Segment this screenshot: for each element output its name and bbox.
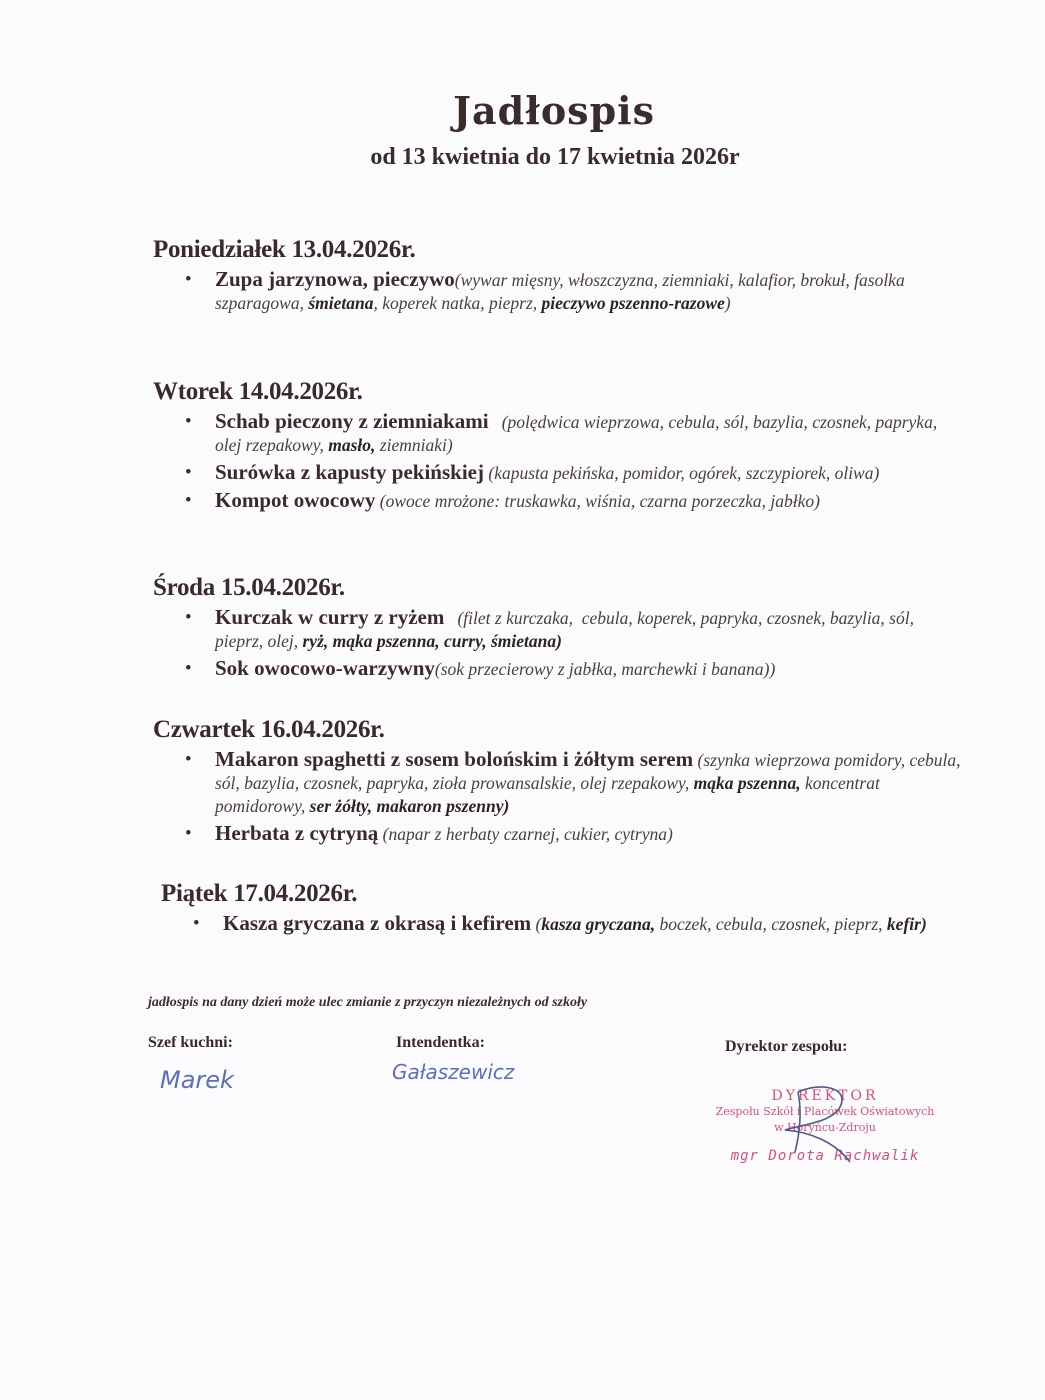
day-section: Wtorek 14.04.2026r.Schab pieczony z ziem… <box>153 378 963 517</box>
director-signature-icon <box>700 1082 950 1172</box>
day-heading: Środa 15.04.2026r. <box>153 574 963 602</box>
dish-name: Makaron spaghetti z sosem bolońskim i żó… <box>215 747 693 771</box>
dish-ingredients: (kapusta pekińska, pomidor, ogórek, szcz… <box>484 463 879 483</box>
allergen-text: śmietana <box>308 293 373 313</box>
dish-name: Sok owocowo-warzywny <box>215 656 435 680</box>
ingredient-text: ( <box>531 914 541 934</box>
allergen-text: pieczywo pszenno-razowe <box>542 293 725 313</box>
ingredient-text: (napar z herbaty czarnej, cukier, cytryn… <box>378 824 673 844</box>
dish-ingredients: (kasza gryczana, boczek, cebula, czosnek… <box>531 914 927 934</box>
dish-name: Kasza gryczana z okrasą i kefirem <box>223 911 531 935</box>
dish-ingredients: (napar z herbaty czarnej, cukier, cytryn… <box>378 824 673 844</box>
ingredient-text: (owoce mrożone: truskawka, wiśnia, czarn… <box>375 491 820 511</box>
allergen-text: ser żółty, makaron pszenny) <box>310 796 510 816</box>
dish-list: Kurczak w curry z ryżem (filet z kurczak… <box>153 606 963 681</box>
dish-name: Kurczak w curry z ryżem <box>215 605 444 629</box>
dish-item: Kurczak w curry z ryżem (filet z kurczak… <box>215 606 963 653</box>
chef-label: Szef kuchni: <box>148 1034 233 1052</box>
dish-name: Schab pieczony z ziemniakami <box>215 409 489 433</box>
dish-list: Kasza gryczana z okrasą i kefirem (kasza… <box>161 912 971 936</box>
page-title: Jadłospis <box>0 88 1045 133</box>
dish-ingredients: (sok przecierowy z jabłka, marchewki i b… <box>435 659 775 679</box>
dish-name: Zupa jarzynowa, pieczywo <box>215 267 455 291</box>
ingredient-text: (sok przecierowy z jabłka, marchewki i b… <box>435 659 775 679</box>
ingredient-text: (kapusta pekińska, pomidor, ogórek, szcz… <box>484 463 879 483</box>
dish-item: Kasza gryczana z okrasą i kefirem (kasza… <box>223 912 971 936</box>
quartermaster-label: Intendentka: <box>396 1034 485 1052</box>
quartermaster-signature: Gałaszewicz <box>392 1060 514 1084</box>
dish-item: Schab pieczony z ziemniakami (polędwica … <box>215 410 963 457</box>
ingredient-text: ) <box>725 293 731 313</box>
day-heading: Poniedziałek 13.04.2026r. <box>153 236 963 264</box>
allergen-text: mąka pszenna, <box>694 773 801 793</box>
director-stamp: DYREKTOR Zespołu Szkół i Placówek Oświat… <box>700 1088 950 1164</box>
disclaimer-note: jadłospis na dany dzień może ulec zmiani… <box>148 995 587 1011</box>
dish-name: Surówka z kapusty pekińskiej <box>215 460 484 484</box>
dish-name: Herbata z cytryną <box>215 821 378 845</box>
allergen-text: masło, <box>328 435 375 455</box>
dish-name: Kompot owocowy <box>215 488 375 512</box>
dish-list: Schab pieczony z ziemniakami (polędwica … <box>153 410 963 513</box>
dish-ingredients: (owoce mrożone: truskawka, wiśnia, czarn… <box>375 491 820 511</box>
page-subtitle: od 13 kwietnia do 17 kwietnia 2026r <box>0 144 1045 171</box>
dish-item: Kompot owocowy (owoce mrożone: truskawka… <box>215 489 963 513</box>
allergen-text: kefir) <box>887 914 927 934</box>
day-section: Piątek 17.04.2026r.Kasza gryczana z okra… <box>161 880 971 940</box>
director-label: Dyrektor zespołu: <box>725 1038 848 1056</box>
ingredient-text: ziemniaki) <box>375 435 452 455</box>
day-heading: Piątek 17.04.2026r. <box>161 880 971 908</box>
chef-signature: Marek <box>160 1066 234 1094</box>
day-heading: Wtorek 14.04.2026r. <box>153 378 963 406</box>
allergen-text: kasza gryczana, <box>541 914 655 934</box>
dish-item: Herbata z cytryną (napar z herbaty czarn… <box>215 822 963 846</box>
day-section: Czwartek 16.04.2026r.Makaron spaghetti z… <box>153 716 963 850</box>
dish-list: Makaron spaghetti z sosem bolońskim i żó… <box>153 748 963 846</box>
day-heading: Czwartek 16.04.2026r. <box>153 716 963 744</box>
ingredient-text: , koperek natka, pieprz, <box>374 293 542 313</box>
dish-item: Surówka z kapusty pekińskiej (kapusta pe… <box>215 461 963 485</box>
dish-item: Sok owocowo-warzywny(sok przecierowy z j… <box>215 657 963 681</box>
dish-item: Makaron spaghetti z sosem bolońskim i żó… <box>215 748 963 818</box>
allergen-text: ryż, mąka pszenna, curry, śmietana) <box>303 631 562 651</box>
day-section: Środa 15.04.2026r.Kurczak w curry z ryże… <box>153 574 963 685</box>
dish-item: Zupa jarzynowa, pieczywo(wywar mięsny, w… <box>215 268 963 315</box>
dish-list: Zupa jarzynowa, pieczywo(wywar mięsny, w… <box>153 268 963 315</box>
day-section: Poniedziałek 13.04.2026r.Zupa jarzynowa,… <box>153 236 963 319</box>
ingredient-text: boczek, cebula, czosnek, pieprz, <box>655 914 887 934</box>
